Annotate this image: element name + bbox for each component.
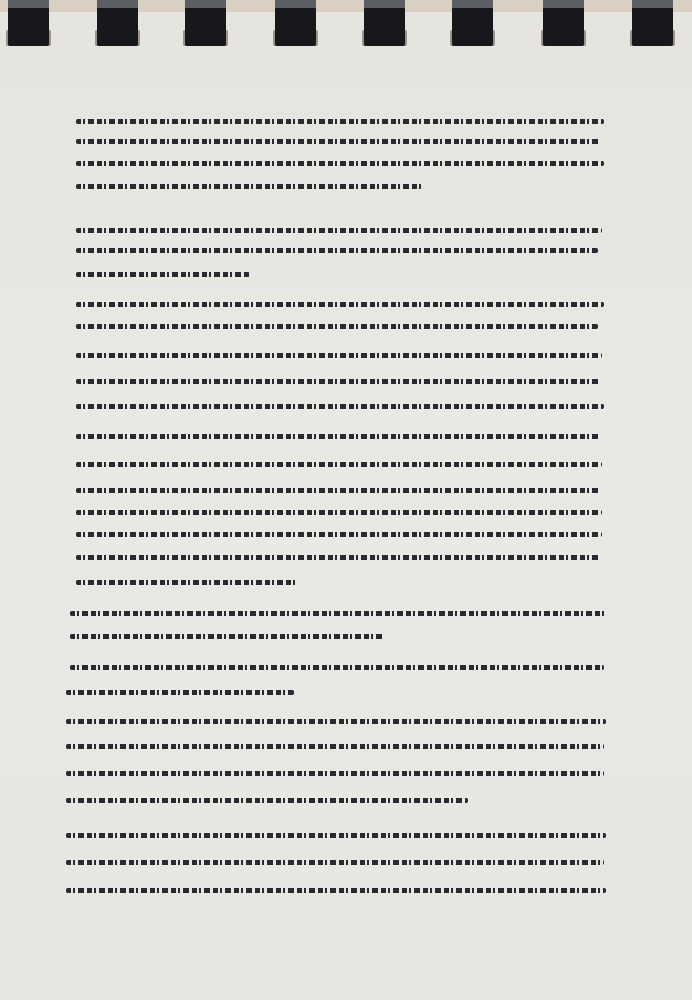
scribbled-handwriting-line [66,744,604,749]
scribbled-handwriting-line [76,228,602,233]
spiral-ring [632,0,673,46]
scribbled-handwriting-line [66,719,606,724]
scribbled-handwriting-line [76,139,600,144]
spiral-ring [97,0,138,46]
spiral-ring [364,0,405,46]
spiral-ring [543,0,584,46]
scribbled-handwriting-line [66,833,606,838]
scribbled-handwriting-line [76,555,600,560]
scribbled-handwriting-line [66,860,604,865]
scribbled-handwriting-line [76,532,602,537]
scribbled-handwriting-line [76,272,250,277]
scribbled-handwriting-line [76,404,604,409]
spiral-ring [8,0,49,46]
scribbled-handwriting-line [76,488,600,493]
scribbled-handwriting-line [66,798,468,803]
spiral-ring [275,0,316,46]
scribbled-handwriting-line [70,611,606,616]
scribbled-handwriting-line [70,634,384,639]
scribbled-handwriting-line [76,434,600,439]
scribbled-handwriting-line [76,184,422,189]
scribbled-handwriting-line [76,161,604,166]
spiral-ring [185,0,226,46]
scribbled-handwriting-line [66,771,604,776]
scribbled-handwriting-line [76,580,296,585]
scribbled-handwriting-line [76,248,598,253]
scribbled-handwriting-line [66,888,606,893]
scribbled-handwriting-line [76,353,602,358]
scribbled-handwriting-line [76,462,602,467]
scribbled-handwriting-line [70,665,604,670]
scribbled-handwriting-line [66,690,294,695]
scribbled-handwriting-line [76,302,604,307]
spiral-ring [452,0,493,46]
scribbled-handwriting-line [76,324,598,329]
scribbled-handwriting-line [76,379,600,384]
scribbled-handwriting-line [76,119,604,124]
scribbled-handwriting-line [76,510,602,515]
